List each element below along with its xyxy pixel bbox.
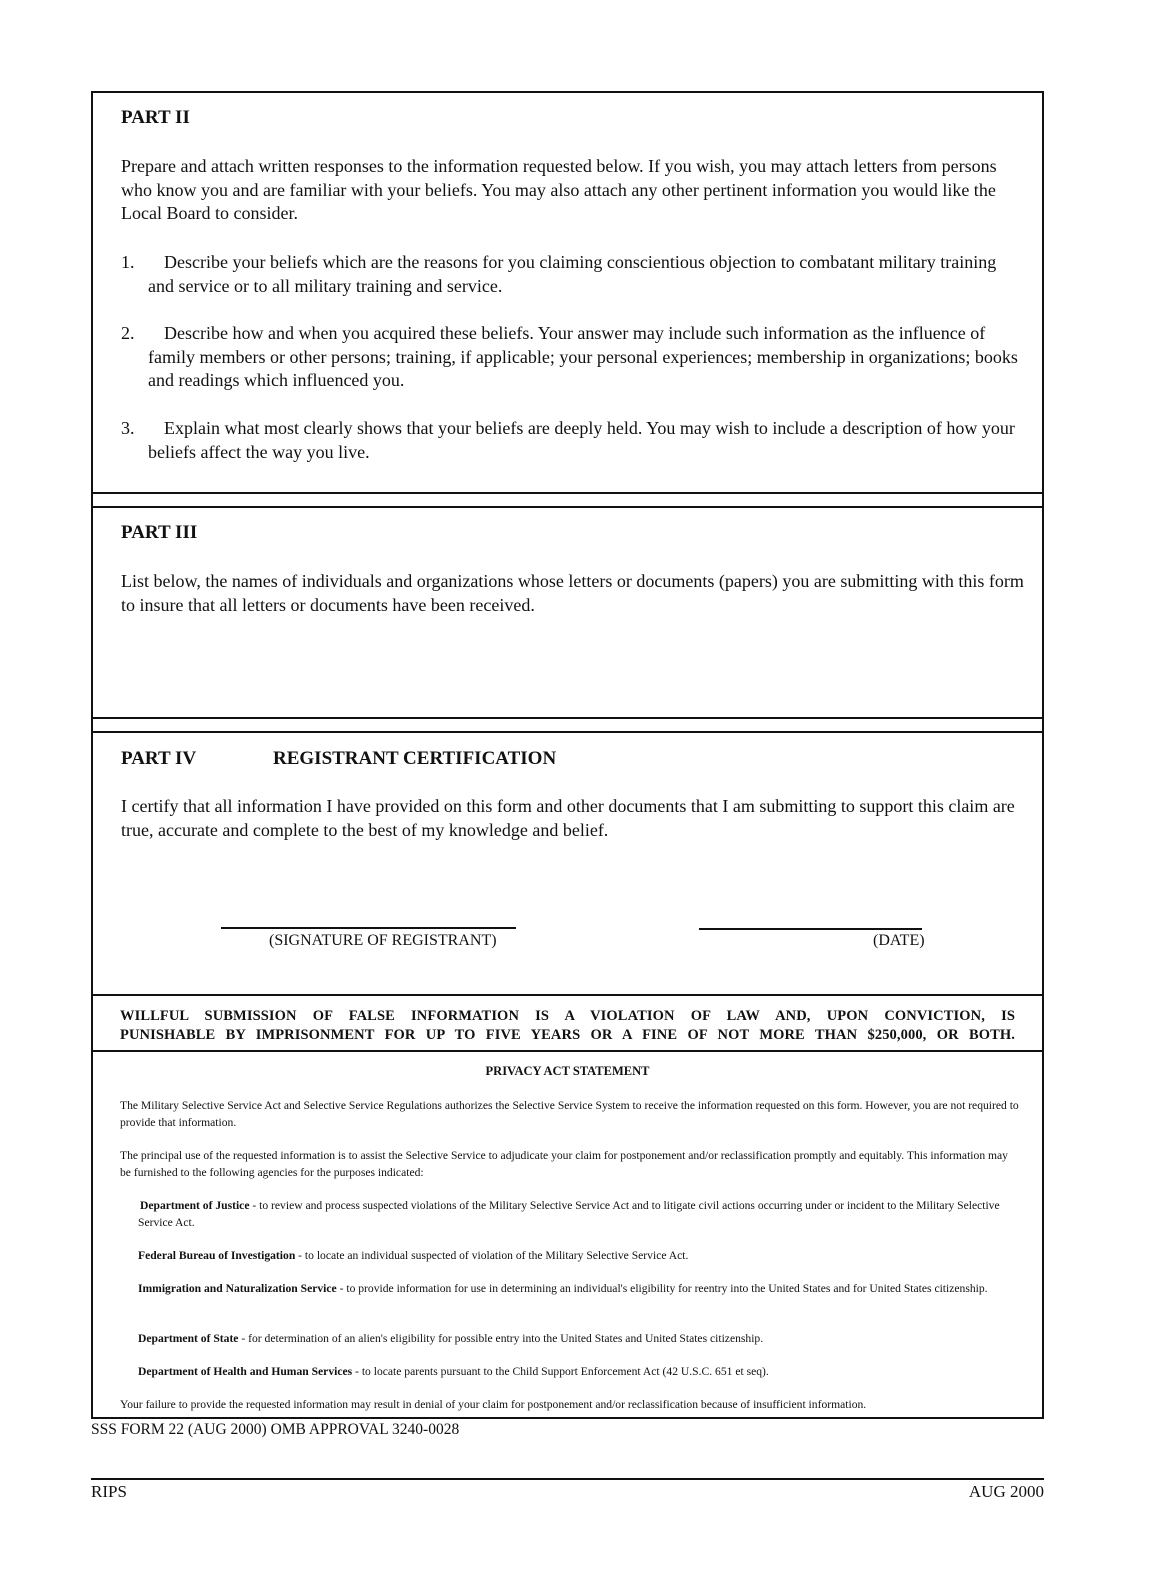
warning-line-1: WILLFUL SUBMISSION OF FALSE INFORMATION … (120, 1007, 1015, 1026)
privacy-para-2: The principal use of the requested infor… (120, 1148, 1020, 1181)
agency-purpose: - to provide information for use in dete… (337, 1282, 988, 1295)
agency-name: Immigration and Naturalization Service (138, 1282, 337, 1295)
footer-rule (91, 1478, 1044, 1480)
footer-right: AUG 2000 (969, 1482, 1044, 1502)
form-identifier: SSS FORM 22 (AUG 2000) OMB APPROVAL 3240… (91, 1421, 459, 1439)
agency-purpose: - for determination of an alien's eligib… (238, 1332, 763, 1345)
warning-line-2: PUNISHABLE BY IMPRISONMENT FOR UP TO FIV… (120, 1026, 1015, 1045)
form-frame: PART II Prepare and attach written respo… (91, 91, 1044, 1419)
agency-name: Department of Health and Human Services (138, 1365, 352, 1378)
divider (93, 506, 1042, 508)
false-information-warning: WILLFUL SUBMISSION OF FALSE INFORMATION … (120, 1007, 1015, 1045)
footer-left: RIPS (91, 1482, 127, 1502)
divider (93, 994, 1042, 996)
agency-ins: Immigration and Naturalization Service -… (138, 1281, 1020, 1298)
item-text: Describe your beliefs which are the reas… (121, 251, 1026, 298)
signature-label: (SIGNATURE OF REGISTRANT) (269, 932, 497, 950)
part4-title: PART IV (121, 748, 196, 770)
privacy-closing: Your failure to provide the requested in… (120, 1397, 1030, 1414)
divider (93, 1050, 1042, 1052)
part3-text: List below, the names of individuals and… (121, 570, 1026, 617)
item-text: Describe how and when you acquired these… (121, 322, 1026, 393)
part2-item-3: 3. Explain what most clearly shows that … (121, 417, 1026, 464)
signature-line[interactable] (221, 927, 516, 929)
date-line[interactable] (699, 928, 922, 930)
item-number: 2. (121, 322, 135, 346)
part2-title: PART II (121, 107, 190, 129)
item-number: 3. (121, 417, 135, 441)
agency-purpose: - to review and process suspected violat… (138, 1199, 1000, 1229)
agency-name: Federal Bureau of Investigation (138, 1249, 295, 1262)
part4-subtitle: REGISTRANT CERTIFICATION (273, 748, 556, 770)
part2-item-2: 2. Describe how and when you acquired th… (121, 322, 1026, 393)
part2-intro: Prepare and attach written responses to … (121, 155, 1026, 226)
agency-purpose: - to locate an individual suspected of v… (295, 1249, 688, 1262)
item-number: 1. (121, 251, 135, 275)
agency-name: Department of Justice (140, 1199, 249, 1212)
part3-title: PART III (121, 522, 197, 544)
privacy-para-1: The Military Selective Service Act and S… (120, 1098, 1020, 1131)
agency-purpose: - to locate parents pursuant to the Chil… (352, 1365, 769, 1378)
part4-certification-text: I certify that all information I have pr… (121, 795, 1026, 842)
item-text: Explain what most clearly shows that you… (121, 417, 1026, 464)
agency-state: Department of State - for determination … (138, 1331, 1020, 1348)
agency-hhs: Department of Health and Human Services … (138, 1364, 1020, 1381)
date-label: (DATE) (873, 932, 925, 950)
divider (93, 731, 1042, 733)
divider (93, 717, 1042, 719)
part2-item-1: 1. Describe your beliefs which are the r… (121, 251, 1026, 298)
agency-name: Department of State (138, 1332, 238, 1345)
agency-fbi: Federal Bureau of Investigation - to loc… (138, 1248, 1020, 1265)
divider (93, 492, 1042, 494)
privacy-act-title: PRIVACY ACT STATEMENT (93, 1064, 1042, 1079)
agency-doj: Department of Justice - to review and pr… (138, 1198, 1020, 1231)
